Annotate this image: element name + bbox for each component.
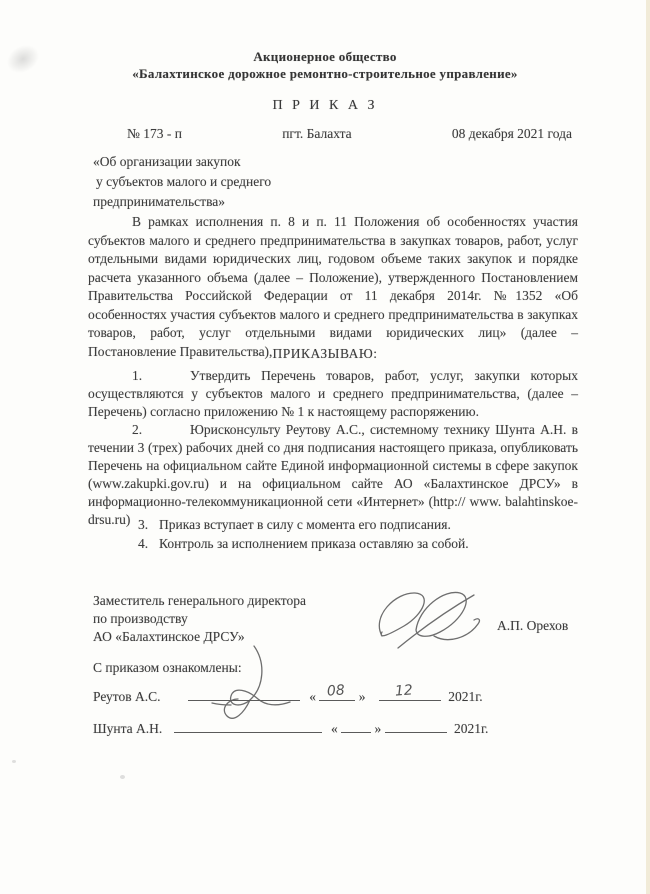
ack-name: Реутов А.С. — [93, 689, 160, 704]
signer-title-line: Заместитель генерального директора — [93, 592, 393, 610]
scanned-order-document: Акционерное общество «Балахтинское дорож… — [0, 0, 650, 894]
organization-name: «Балахтинское дорожное ремонтно-строител… — [0, 65, 650, 82]
signer-name: А.П. Орехов — [497, 618, 568, 634]
ack-row-reutov: Реутов А.С. « 08 » 12 2021г. — [93, 686, 573, 705]
quote-close: » — [359, 689, 366, 704]
order-item-3: 3.Приказ вступает в силу с момента его п… — [88, 516, 578, 534]
handwritten-day: 08 — [327, 682, 346, 699]
month-line — [385, 718, 447, 733]
day-line: 08 — [319, 686, 355, 701]
signature-line — [174, 718, 322, 733]
quote-open: « — [331, 721, 338, 736]
order-item-2: 2.Юрисконсульту Реутову А.С., системному… — [88, 421, 578, 529]
scan-artifact — [120, 775, 125, 779]
scan-edge-artifact — [646, 0, 650, 894]
preamble-paragraph: В рамках исполнения п. 8 и п. 11 Положен… — [88, 213, 578, 361]
signer-title-line: по производству — [93, 610, 393, 628]
signature-line — [188, 686, 300, 701]
handwritten-month: 12 — [394, 682, 413, 699]
order-number: № 173 - п — [127, 126, 182, 142]
order-directive-word: ПРИКАЗЫВАЮ: — [0, 346, 650, 362]
subject-line: у субъектов малого и среднего — [93, 172, 373, 192]
order-subject: «Об организации закупок у субъектов мало… — [93, 152, 373, 212]
order-item-1: 1.Утвердить Перечень товаров, работ, усл… — [88, 367, 578, 421]
subject-line: предпринимательства» — [93, 192, 373, 212]
ack-row-shunta: Шунта А.Н. « » 2021г. — [93, 718, 573, 737]
order-item-4: 4.Контроль за исполнением приказа оставл… — [88, 535, 578, 553]
quote-close: » — [375, 721, 382, 736]
ack-year: 2021г. — [454, 721, 488, 736]
signer-title-block: Заместитель генерального директора по пр… — [93, 592, 393, 646]
item-number: 2. — [132, 421, 190, 439]
document-type-title: П Р И К А З — [0, 98, 650, 114]
order-date: 08 декабря 2021 года — [452, 126, 572, 142]
ack-year: 2021г. — [448, 689, 482, 704]
organization-type: Акционерное общество — [0, 48, 650, 65]
director-signature — [370, 586, 498, 654]
item-text: Контроль за исполнением приказа оставляю… — [159, 536, 469, 551]
day-line — [341, 718, 371, 733]
scan-artifact — [12, 760, 16, 763]
ack-name: Шунта А.Н. — [93, 721, 162, 736]
item-number: 1. — [132, 367, 190, 385]
reutov-signature — [208, 643, 298, 727]
item-number: 4. — [138, 535, 159, 553]
quote-open: « — [309, 689, 316, 704]
document-meta-row: № 173 - п пгт. Балахта 08 декабря 2021 г… — [127, 126, 572, 142]
organization-header: Акционерное общество «Балахтинское дорож… — [0, 48, 650, 82]
item-text: Приказ вступает в силу с момента его под… — [159, 517, 451, 532]
subject-line: «Об организации закупок — [93, 152, 373, 172]
order-place: пгт. Балахта — [282, 126, 351, 142]
item-number: 3. — [138, 516, 159, 534]
month-line: 12 — [379, 686, 441, 701]
